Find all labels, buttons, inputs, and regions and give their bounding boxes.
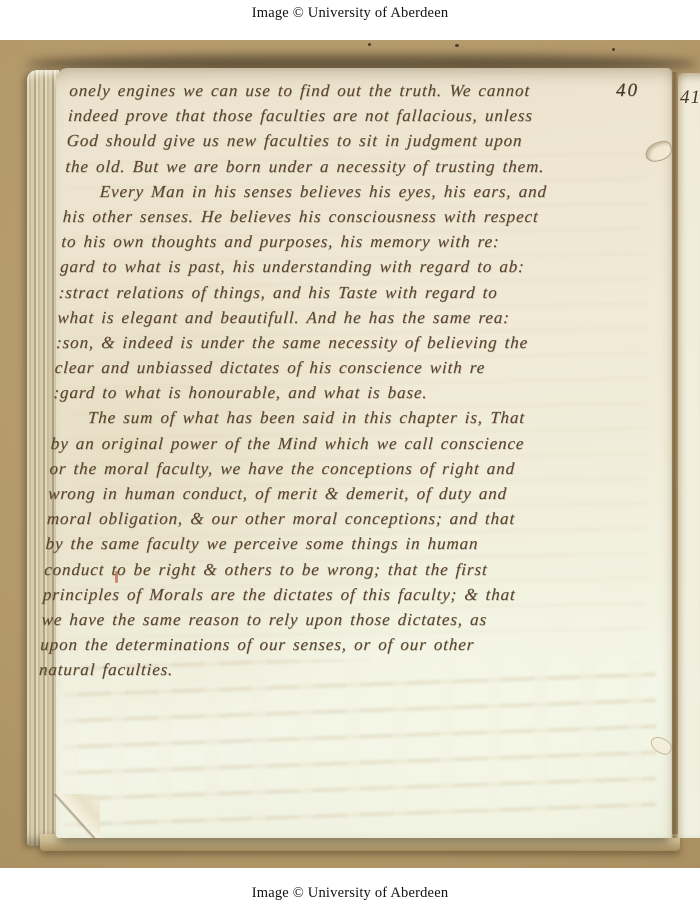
manuscript-line: by the same faculty we perceive some thi… <box>45 531 529 556</box>
folded-corner <box>54 794 100 838</box>
manuscript-line: upon the determinations of our senses, o… <box>40 632 524 657</box>
manuscript-line: The sum of what has been said in this ch… <box>52 405 536 430</box>
manuscript-scan: 40 onely engines we can use to find out … <box>0 40 700 868</box>
dust-speck <box>612 48 615 51</box>
manuscript-line: :son, & indeed is under the same necessi… <box>55 330 539 355</box>
dust-speck <box>455 44 459 47</box>
manuscript-line: :stract relations of things, and his Tas… <box>58 280 542 305</box>
handwritten-text-block: onely engines we can use to find out the… <box>38 78 553 683</box>
copyright-band-bottom: Image © University of Aberdeen <box>0 868 700 910</box>
manuscript-line: the old. But we are born under a necessi… <box>65 154 549 179</box>
manuscript-line: his other senses. He believes his consci… <box>62 204 546 229</box>
manuscript-line: or the moral faculty, we have the concep… <box>49 456 533 481</box>
manuscript-line: clear and unbiassed dictates of his cons… <box>54 355 538 380</box>
copyright-text-bottom: Image © University of Aberdeen <box>252 885 449 902</box>
manuscript-line: to his own thoughts and purposes, his me… <box>61 229 545 254</box>
manuscript-line: gard to what is past, his understanding … <box>59 254 543 279</box>
manuscript-line: principles of Morals are the dictates of… <box>42 582 526 607</box>
manuscript-line: God should give us new faculties to sit … <box>66 128 550 153</box>
manuscript-line: Every Man in his senses believes his eye… <box>63 179 547 204</box>
manuscript-line: indeed prove that those faculties are no… <box>67 103 551 128</box>
page-crease <box>671 72 678 838</box>
next-page-number: 41 <box>680 87 700 109</box>
manuscript-line: onely engines we can use to find out the… <box>69 78 553 103</box>
manuscript-line: natural faculties. <box>38 657 522 682</box>
manuscript-line: by an original power of the Mind which w… <box>50 431 534 456</box>
manuscript-page: 40 onely engines we can use to find out … <box>56 68 672 838</box>
page-number: 40 <box>616 80 639 102</box>
copyright-band-top: Image © University of Aberdeen <box>0 0 700 40</box>
red-ink-mark <box>115 571 118 583</box>
manuscript-line: wrong in human conduct, of merit & demer… <box>48 481 532 506</box>
ink-bleedthrough-lower <box>64 660 656 828</box>
manuscript-line: moral obligation, & our other moral conc… <box>46 506 530 531</box>
dust-speck <box>368 43 371 46</box>
next-page-edge: 41 <box>678 73 700 838</box>
copyright-text-top: Image © University of Aberdeen <box>252 5 449 22</box>
manuscript-line: we have the same reason to rely upon tho… <box>41 607 525 632</box>
screenshot-stage: Image © University of Aberdeen 40 onely … <box>0 0 700 910</box>
manuscript-line: what is elegant and beautifull. And he h… <box>57 305 541 330</box>
manuscript-line: :gard to what is honourable, and what is… <box>53 380 537 405</box>
